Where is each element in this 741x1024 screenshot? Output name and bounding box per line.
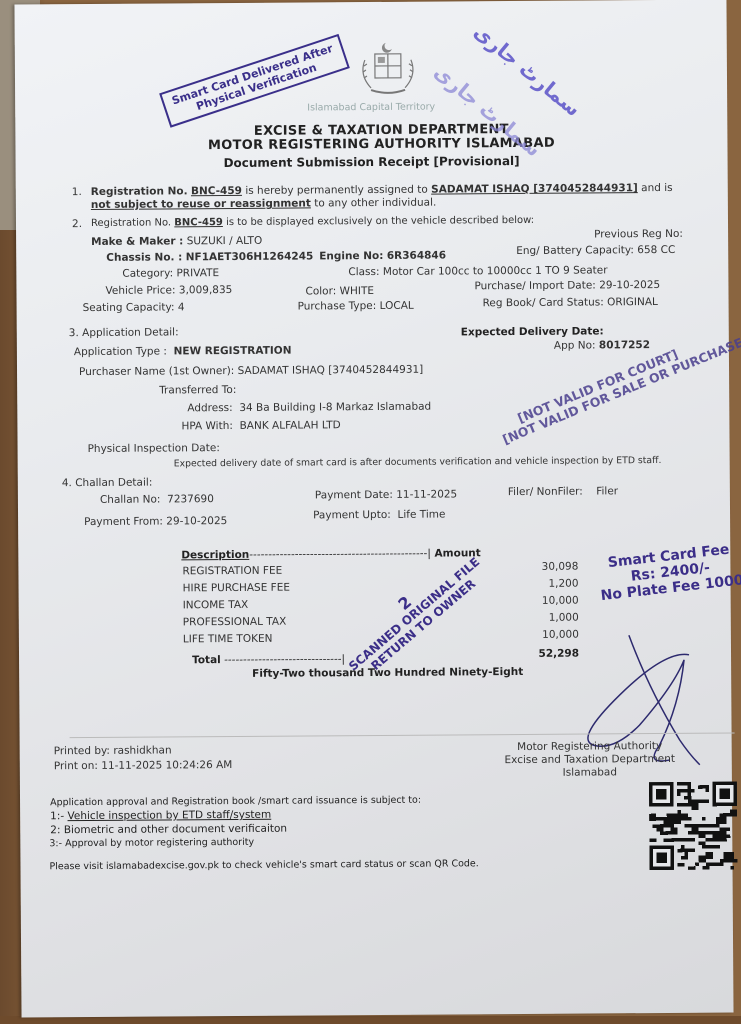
label: Payment Upto: (313, 509, 391, 522)
printed-by: Printed by: rashidkhan (54, 744, 172, 757)
label: Class: (348, 266, 379, 278)
number: 1:- (50, 810, 64, 822)
class-field: Class: Motor Car 100cc to 10000cc 1 TO 9… (348, 264, 607, 278)
text: Approval by motor registering authority (65, 837, 254, 849)
value: Filer (596, 485, 618, 497)
section3-title: 3. Application Detail: (69, 326, 179, 339)
text: to any other individual. (314, 197, 436, 210)
label: Eng/ Battery Capacity: (516, 244, 634, 257)
section1-number: 1. (72, 186, 82, 198)
label: Color: (305, 285, 336, 297)
number: 3:- (49, 838, 62, 849)
reg-number: BNC-459 (174, 217, 223, 228)
transferred-field: Transferred To: (159, 384, 236, 397)
total-row: Total -------------------------------| (192, 653, 345, 666)
label: Vehicle Price: (105, 284, 175, 296)
total-amount: 52,298 (509, 648, 579, 660)
value: LOCAL (380, 300, 414, 312)
delivery-date-label: Expected Delivery Date: (461, 325, 604, 338)
purchase-date-field: Purchase/ Import Date: 29-10-2025 (474, 279, 660, 292)
challan-field: Challan No: 7237690 (100, 493, 214, 506)
value: 658 CC (637, 244, 675, 256)
category-field: Category: PRIVATE (122, 267, 219, 280)
value: Motor Car 100cc to 10000cc 1 TO 9 Seater (383, 264, 608, 278)
purchase-type-field: Purchase Type: LOCAL (298, 300, 414, 313)
price-field: Vehicle Price: 3,009,835 (105, 284, 232, 297)
conditions-title: Application approval and Registration bo… (50, 795, 421, 809)
inspection-date-field: Physical Inspection Date: (88, 442, 220, 455)
label: Make & Maker : (91, 235, 183, 248)
application-type-field: Application Type : NEW REGISTRATION (74, 345, 292, 359)
label: Reg Book/ Card Status: (483, 296, 604, 309)
label: Printed by: (54, 745, 110, 757)
title: Application Detail: (82, 326, 179, 339)
title: Challan Detail: (75, 477, 152, 490)
receipt-subtitle: Document Submission Receipt [Provisional… (16, 153, 728, 172)
label: Seating Capacity: (83, 301, 175, 314)
text: Vehicle inspection by ETD staff/system (67, 809, 271, 822)
value: SUZUKI / ALTO (187, 235, 263, 248)
label: Address: (187, 402, 232, 414)
fee-row-description: INCOME TAX (183, 599, 249, 611)
reg-label: Registration No. (91, 185, 188, 198)
condition-3: 3:- Approval by motor registering author… (49, 837, 254, 849)
payment-upto-field: Payment Upto: Life Time (313, 509, 445, 522)
value: SADAMAT ISHAQ [3740452844931] (238, 364, 424, 377)
payment-date-field: Payment Date: 11-11-2025 (315, 488, 457, 501)
prev-reg-field: Previous Reg No: (594, 228, 683, 241)
territory-label: Islamabad Capital Territory (15, 100, 727, 116)
label: Purchase/ Import Date: (474, 279, 595, 292)
label: Purchaser Name (1st Owner): (79, 365, 234, 378)
print-on: Print on: 11-11-2025 10:24:26 AM (54, 759, 233, 772)
fee-row-amount: 10,000 (509, 629, 579, 641)
label: Engine No: (319, 250, 383, 262)
fee-row-amount: 30,098 (508, 561, 578, 573)
qr-code-icon[interactable] (649, 781, 738, 870)
section2-intro: Registration No. BNC-459 is to be displa… (91, 215, 534, 229)
value: WHITE (340, 285, 375, 297)
fee-row-description: LIFE TIME TOKEN (183, 633, 273, 646)
value: 8017252 (599, 339, 650, 351)
value: 7237690 (167, 493, 214, 505)
receipt-document: Islamabad Capital Territory EXCISE & TAX… (14, 0, 733, 1017)
fee-row-description: PROFESSIONAL TAX (183, 616, 287, 629)
value: 11-11-2025 10:24:26 AM (101, 759, 232, 772)
value: 34 Ba Building I-8 Markaz Islamabad (239, 401, 431, 414)
fee-row-amount: 10,000 (509, 595, 579, 607)
fee-row-description: REGISTRATION FEE (182, 565, 282, 578)
authority-line: Islamabad (485, 766, 695, 780)
section2-number: 2. (72, 218, 82, 230)
section1-line1: Registration No. BNC-459 is hereby perma… (91, 182, 673, 198)
color-field: Color: WHITE (305, 285, 374, 297)
scanned-stamp: 2 SCANNED ORIGINAL FILE RETURN TO OWNER (337, 544, 491, 684)
fee-row-amount: 1,200 (508, 578, 578, 590)
label: App No: (554, 339, 596, 351)
label: Payment Date: (315, 489, 393, 502)
delivery-note: Expected delivery date of smart card is … (174, 455, 662, 469)
authority-line: Excise and Taxation Department (485, 753, 695, 767)
visit-website-note: Please visit islamabadexcise.gov.pk to c… (49, 858, 478, 872)
purchaser-field: Purchaser Name (1st Owner): SADAMAT ISHA… (79, 364, 423, 378)
background-table-edge (0, 1016, 741, 1024)
desc-header: Description (181, 549, 249, 561)
total-in-words: Fifty-Two thousand Two Hundred Ninety-Ei… (252, 666, 523, 680)
fee-note-stamp: Smart Card Fee Rs: 2400/- No Plate Fee 1… (596, 540, 741, 604)
hpa-field: HPA With: BANK ALFALAH LTD (181, 419, 340, 432)
number: 4. (62, 477, 72, 489)
value: 3,009,835 (179, 284, 233, 296)
pakistan-emblem-icon (353, 40, 423, 100)
number: 2: (50, 824, 60, 836)
owner-name: SADAMAT ISHAQ [3740452844931] (431, 182, 638, 195)
app-no-field: App No: 8017252 (554, 339, 650, 352)
fee-list: REGISTRATION FEE30,098HIRE PURCHASE FEE1… (14, 0, 726, 4)
value: rashidkhan (113, 744, 171, 756)
value: 6R364846 (387, 249, 446, 261)
fees-header: Description-----------------------------… (181, 547, 481, 561)
condition-1: 1:- Vehicle inspection by ETD staff/syst… (50, 809, 271, 823)
label: Filer/ NonFiler: (508, 486, 583, 499)
chassis-field: Chassis No. : NF1AET306H1264245 (106, 250, 313, 263)
label: Purchase Type: (298, 300, 377, 313)
text: and is (641, 182, 673, 194)
label: Previous Reg No: (594, 228, 683, 241)
value: ORIGINAL (607, 296, 658, 308)
label: Challan No: (100, 493, 161, 505)
payment-from-field: Payment From: 29-10-2025 (84, 515, 227, 528)
label: Print on: (54, 760, 98, 772)
capacity-field: Eng/ Battery Capacity: 658 CC (516, 244, 675, 257)
value: Life Time (397, 509, 445, 521)
text: is hereby permanently assigned to (245, 184, 428, 197)
text: Biometric and other document verificaito… (64, 823, 287, 837)
engine-field: Engine No: 6R364846 (319, 249, 446, 262)
status-field: Reg Book/ Card Status: ORIGINAL (483, 296, 658, 309)
label: Payment From: (84, 515, 163, 528)
section1-line2: not subject to reuse or reassignment to … (91, 197, 437, 211)
reg-number: BNC-459 (191, 185, 242, 197)
authority-block: Motor Registering Authority Excise and T… (485, 740, 695, 780)
stamp-line: SCANNED ORIGINAL FILE (346, 555, 482, 674)
label: Application Type : (74, 345, 167, 358)
make-field: Make & Maker : SUZUKI / ALTO (91, 235, 262, 248)
not-reuse-text: not subject to reuse or reassignment (91, 197, 311, 211)
fee-row-amount: 1,000 (509, 612, 579, 624)
value: NEW REGISTRATION (174, 345, 292, 358)
value: 11-11-2025 (396, 488, 457, 500)
label: Category: (122, 267, 173, 279)
value: 4 (178, 301, 185, 313)
fee-row-description: HIRE PURCHASE FEE (183, 582, 290, 595)
section4-title: 4. Challan Detail: (62, 477, 153, 490)
label: HPA With: (181, 420, 233, 432)
address-field: Address: 34 Ba Building I-8 Markaz Islam… (187, 401, 431, 415)
filer-field: Filer/ NonFiler: Filer (508, 485, 618, 498)
value: PRIVATE (176, 267, 219, 279)
value: BANK ALFALAH LTD (240, 419, 341, 432)
number: 3. (69, 327, 79, 339)
value: NF1AET306H1264245 (186, 250, 314, 263)
total-label: Total (192, 654, 221, 666)
text: is to be displayed exclusively on the ve… (226, 215, 534, 228)
reg-label: Registration No. (91, 217, 171, 229)
value: 29-10-2025 (599, 279, 660, 291)
label: Chassis No. : (106, 251, 182, 264)
seating-field: Seating Capacity: 4 (83, 301, 185, 314)
condition-2: 2: Biometric and other document verifica… (50, 823, 287, 837)
value: 29-10-2025 (166, 515, 227, 527)
